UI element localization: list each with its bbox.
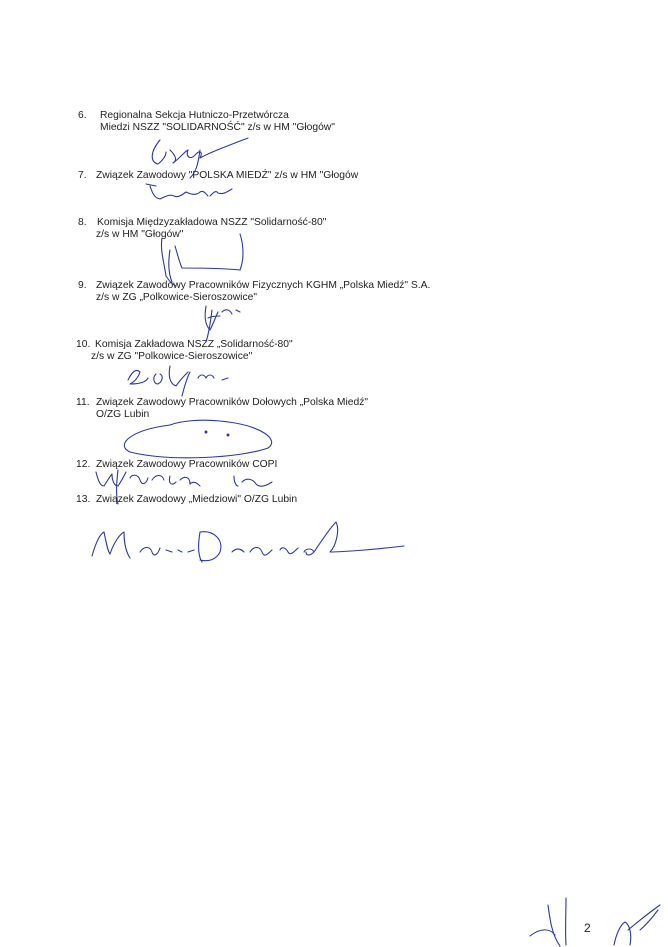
signature-entry-10 (128, 366, 228, 396)
signature-entry-8 (161, 234, 243, 286)
initials-bottom-left (530, 898, 566, 946)
signature-entry-13 (92, 522, 404, 562)
signature-entry-11 (124, 420, 271, 458)
signature-entry-12 (96, 472, 272, 486)
signatures-layer (0, 0, 668, 947)
signature-entry-7 (146, 184, 232, 199)
initials-bottom-right (614, 905, 660, 945)
